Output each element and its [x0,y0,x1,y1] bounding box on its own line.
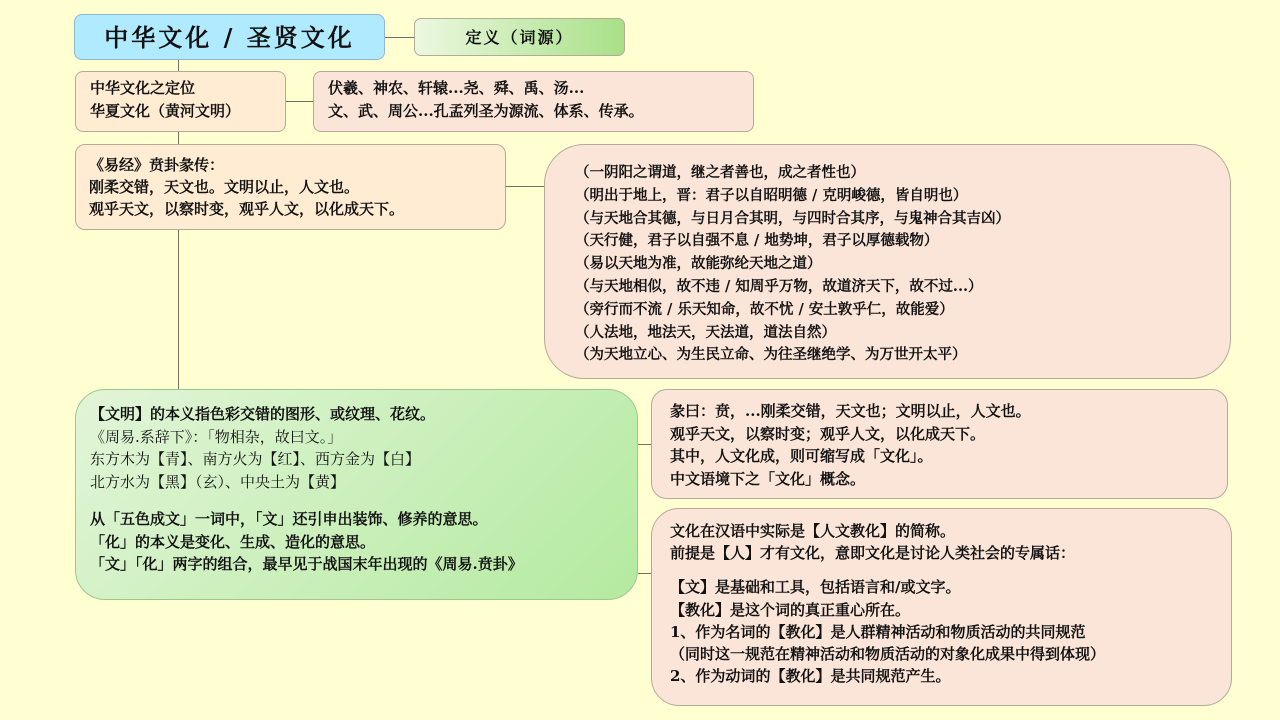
topic-line: 伏羲、神农、轩辕...尧、舜、禹、汤... [328,77,753,100]
topic-line: 2、作为动词的【教化】是共同规范产生。 [670,665,1231,687]
spacer [670,564,1231,576]
topic-line: 刚柔交错，天文也。文明以止，人文也。 [89,176,505,198]
topic-line: 中文语境下之「文化」概念。 [670,468,1227,491]
topic-line: 中华文化之定位 [90,77,285,100]
yijing-topic[interactable]: 《易经》贲卦彖传： 刚柔交错，天文也。文明以止，人文也。 观乎天文，以察时变，观… [75,144,506,230]
topic-line: 其中，人文化成，则可缩写成「文化」。 [670,445,1227,468]
definition-topic[interactable]: 定义（词源） [414,18,625,56]
connector-positioning-lineage [286,101,313,102]
connector-root-definition [385,37,414,38]
quote-line: （与天地合其德，与日月合其明，与四时合其序，与鬼神合其吉凶） [575,208,1230,231]
quote-line: （明出于地上，晋：君子以自昭明德 / 克明峻德，皆自明也） [575,185,1230,208]
quote-line: （旁行而不流 / 乐天知命，故不忧 / 安土敦乎仁，故能爱） [575,299,1230,322]
topic-line: 文化在汉语中实际是【人文教化】的简称。 [670,520,1231,542]
quote-line: （天行健，君子以自强不息 / 地势坤，君子以厚德载物） [575,230,1230,253]
lineage-topic[interactable]: 伏羲、神农、轩辕...尧、舜、禹、汤... 文、武、周公...孔孟列圣为源流、体… [313,71,754,132]
topic-line: 观乎天文，以察时变，观乎人文，以化成天下。 [89,198,505,220]
topic-line: 《易经》贲卦彖传： [89,154,505,176]
positioning-topic[interactable]: 中华文化之定位 华夏文化（黄河文明） [75,71,286,132]
spacer [90,493,637,508]
topic-line: 文、武、周公...孔孟列圣为源流、体系、传承。 [328,100,753,123]
topic-line: 【教化】是这个词的真正重心所在。 [670,599,1231,621]
quote-line: （为天地立心、为生民立命、为往圣继绝学、为万世开太平） [575,344,1230,367]
quotes-topic[interactable]: （一阴阳之谓道，继之者善也，成之者性也） （明出于地上，晋：君子以自昭明德 / … [544,144,1231,379]
quote-line: （易以天地为准，故能弥纶天地之道） [575,253,1230,276]
topic-line: 1、作为名词的【教化】是人群精神活动和物质活动的共同规范 [670,621,1231,643]
connector-yijing-quotes [506,186,546,187]
topic-line: 观乎天文，以察时变；观乎人文，以化成天下。 [670,423,1227,446]
topic-line: 「化」的本义是变化、生成、造化的意思。 [90,531,637,554]
connector-wenming-tuan [638,444,651,445]
topic-line: 彖曰：贲，...刚柔交错，天文也；文明以止，人文也。 [670,400,1227,423]
topic-line: 华夏文化（黄河文明） [90,100,285,123]
quote-line: （人法地，地法天，天法道，道法自然） [575,322,1230,345]
definition-label: 定义（词源） [465,28,573,47]
root-title: 中华文化 / 圣贤文化 [104,23,354,52]
topic-line: 「文」「化」两字的组合，最早见于战国末年出现的《周易.贲卦》 [90,553,637,576]
quote-line: （与天地相似，故不违 / 知周乎万物，故道济天下，故不过...） [575,276,1230,299]
topic-line: 前提是【人】才有文化，意即文化是讨论人类社会的专属话： [670,542,1231,564]
topic-line: 北方水为【黑】（玄）、中央土为【黄】 [90,471,637,494]
root-topic[interactable]: 中华文化 / 圣贤文化 [74,14,385,60]
topic-line: 【文明】的本义指色彩交错的图形、或纹理、花纹。 [90,403,637,426]
tuan-topic[interactable]: 彖曰：贲，...刚柔交错，天文也；文明以止，人文也。 观乎天文，以察时变；观乎人… [651,389,1228,499]
jiaohua-topic[interactable]: 文化在汉语中实际是【人文教化】的简称。 前提是【人】才有文化，意即文化是讨论人类… [651,508,1232,706]
connector-wenming-jiaohua [638,573,651,574]
wenming-topic[interactable]: 【文明】的本义指色彩交错的图形、或纹理、花纹。 《周易.系辞下》：「物相杂，故曰… [75,389,638,600]
topic-line: （同时这一规范在精神活动和物质活动的对象化成果中得到体现） [670,643,1231,665]
topic-line: 《周易.系辞下》：「物相杂，故曰文。」 [90,426,637,449]
topic-line: 【文】是基础和工具，包括语言和/或文字。 [670,576,1231,598]
quote-line: （一阴阳之谓道，继之者善也，成之者性也） [575,162,1230,185]
topic-line: 东方木为【青】、南方火为【红】、西方金为【白】 [90,448,637,471]
topic-line: 从「五色成文」一词中，「文」还引申出装饰、修养的意思。 [90,508,637,531]
